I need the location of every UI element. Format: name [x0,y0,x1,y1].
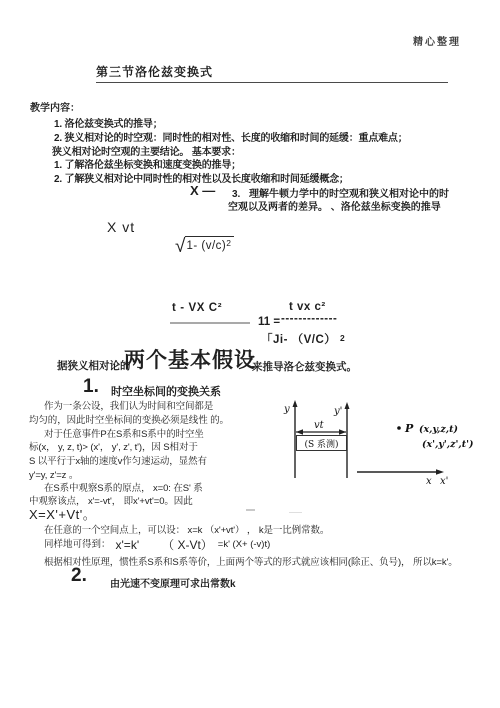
vt-right-arrowhead-icon [339,429,346,435]
formula-xvt: X vt [107,219,135,235]
k2-equation-part2: （ X-Vt） [162,539,213,553]
fraction-bar [170,322,250,324]
point3-line2: 空观以及两者的差异。 、洛伦兹坐标变换的推导 [228,202,441,214]
point-p-bullet-icon [397,426,401,430]
x-prime-axis-label: x' [440,476,448,487]
denominator-exponent: 2 [340,333,345,343]
point3-number: 3. [232,189,240,201]
section1-number: 1. [83,376,99,398]
point-p-label: P [404,422,414,435]
k-constant-line: 在任意的一个空间点上，可以设： x=k （x'+vt'） ， k是一比例常数。 [44,526,329,537]
k2-equation-part3: =k' (X+ (-v)t) [218,540,270,551]
paragraph-line: 对于任意事件P在S系和S系中的时空坐 [44,430,204,441]
title-underline [96,82,448,83]
paragraph-line: 在S系中观察S系的原点， x=0: 在S' 系 [44,484,203,495]
x-axis-label: x [426,476,432,487]
teaching-line: 2. 狭义相对论的时空观：同时性的相对性、长度的收缩和时间的延缓：重点难点； [54,133,408,145]
radicand-exponent: 2 [226,238,231,248]
point-p-coords-s-prime: (x',y',z',t') [422,439,474,450]
x-axis-arrowhead-icon [436,469,444,475]
hypothesis-emphasis: 两个基本假设 [124,349,256,373]
sqrt-formula: √ 1- (v/c)2 [175,236,234,256]
k2-equation-part1: x'=k' [116,539,140,553]
radicand: 1- (v/c)2 [185,236,234,253]
paragraph-line: 均匀的，因此时空坐标间的变换必须是线性 的。 [29,416,229,427]
section2-number: 2. [71,565,87,587]
paragraph-line: y'=y, z'=z 。 [29,471,78,482]
teaching-line: 狭义相对论时空观的主要结论。 基本要求： [52,147,241,159]
y-axis-arrowhead-icon [293,400,298,407]
relativity-principle-line: 根据相对性原理，惯性系S系和S系等价，上面两个等式的形式就应该相同(除正、负号)… [44,558,458,569]
x-transform-equation: X=X'+Vt'。 [29,508,96,523]
y-prime-axis-label: y' [333,406,342,417]
equation2-lhs: 11 = [258,316,280,329]
scan-artifact [246,509,255,511]
k-prime-line: 同样地可得到： x'=k' （ X-Vt） =k' (X+ (-v)t) [44,539,270,553]
point3-line1: 理解牛顿力学中的时空观和狭义相对论中的时 [249,189,449,201]
page-title: 第三节洛伦兹变换式 [96,66,213,80]
document-page: 精心整理 第三节洛伦兹变换式 教学内容： 1. 洛伦兹变换式的推导； 2. 狭义… [0,0,500,708]
paragraph-line: 标(x， y, z, t)> (x'， y', z', t')，因 S相对于 [29,443,198,454]
teaching-content-heading: 教学内容： [30,103,80,115]
teaching-line: 1. 洛伦兹变换式的推导； [54,119,163,131]
hypothesis-suffix: 来推导洛仑兹变换式。 [252,361,357,373]
fraction-numerator: t - VX C² [172,302,222,315]
reference-frames-diagram: y y' vt (S 系测) P (x,y,z,t) (x',y',z',t')… [283,398,495,495]
x-mark: X — [190,184,215,199]
y-axis-label: y [283,404,290,415]
point-p-coords-s: (x,y,z,t) [419,424,458,435]
section1-title: 时空坐标间的变换关系 [111,386,221,399]
k2-prefix: 同样地可得到： [44,540,111,551]
teaching-line: 1. 了解洛伦兹坐标变换和速度变换的推导； [54,160,241,172]
paragraph-line: S 以平行于x轴的速度v作匀速运动，显然有 [29,457,207,468]
watermark: 精心整理 [413,37,461,49]
equation2-dashed-bar: ------------- [281,313,337,326]
section2-title: 由光速不变原理可求出常数k [110,579,236,591]
paragraph-line: 作为一条公设，我们认为时间和空间都是 [44,402,213,413]
radical-sign: √ [175,237,185,256]
hypothesis-prefix: 据狭义相对论的 [57,360,131,372]
frame-label: (S 系测) [304,438,338,450]
equation2-denominator: 「Ji- （V/C） 2 [261,334,345,347]
vt-label: vt [314,420,325,431]
y-prime-axis-arrowhead-icon [345,402,350,409]
scan-artifact [289,512,302,513]
vt-left-arrowhead-icon [296,429,303,435]
